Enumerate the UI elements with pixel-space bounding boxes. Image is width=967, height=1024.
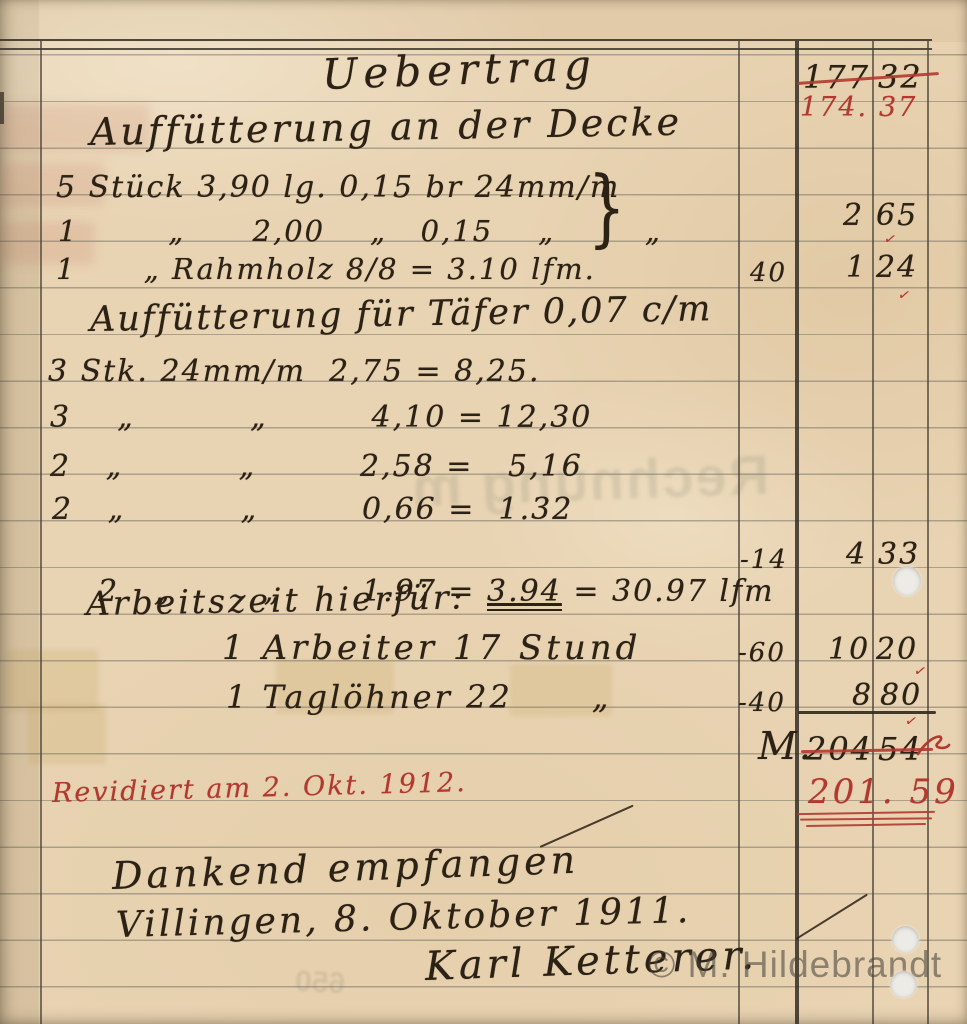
price-value: 40	[750, 258, 787, 288]
carryover-new-mark: 174.	[800, 92, 868, 123]
item-line-pre: 2 „ „ 1.97 =	[98, 574, 487, 609]
pen-stroke	[540, 805, 634, 848]
carryover-new-pf: 37	[879, 92, 917, 123]
item-line: 1 Taglöhner 22 „	[226, 678, 611, 716]
item-line: 2 „ „ 2,58 = 5,16	[50, 449, 583, 484]
punch-hole	[892, 926, 919, 953]
section-heading-arbeitszeit: Arbeitszeit hierfür:	[86, 577, 466, 623]
revised-total-underline	[806, 823, 926, 827]
amount-mark: 4	[846, 537, 867, 572]
amount-pf: 24	[876, 250, 918, 285]
bleedthrough-block	[0, 104, 150, 152]
tape-stain	[28, 704, 106, 764]
red-checkmark: ✓	[882, 229, 898, 249]
bleedthrough-rechnung-text: Rechnung m	[409, 442, 770, 519]
revision-note: Revidiert am 2. Okt. 1912.	[52, 767, 468, 809]
bleedthrough-number: 650	[294, 965, 346, 1002]
amount-pf: 80	[880, 678, 922, 713]
closing-thanks: Dankend empfangen	[111, 838, 580, 898]
item-line: 1 „ Rahmholz 8/8 = 3.10 lfm.	[56, 252, 596, 286]
total-old-mark: 204	[806, 730, 873, 768]
column-line-2	[795, 41, 799, 1024]
red-flourish-mark	[916, 728, 952, 762]
amount-mark: 10	[828, 632, 870, 667]
column-line-3	[872, 41, 874, 1024]
item-line: 1 Arbeiter 17 Stund	[222, 628, 641, 668]
item-line-post: = 30.97 lfm	[562, 574, 775, 609]
underlined-subtotal: 3.94	[487, 574, 562, 611]
bleedthrough-block	[0, 222, 94, 264]
item-line: 5 Stück 3,90 lg. 0,15 br 24mm/m	[56, 170, 620, 205]
margin-line-left	[40, 41, 42, 1024]
scan-edge-mark	[0, 92, 4, 124]
red-strikethrough	[797, 72, 939, 85]
amount-pf: 65	[876, 198, 918, 233]
punch-hole	[893, 566, 921, 596]
table-top-border	[0, 39, 932, 50]
bleedthrough-block	[0, 162, 104, 206]
grouping-brace: }	[588, 158, 625, 256]
tape-stain	[276, 660, 394, 714]
tape-stain	[6, 650, 98, 712]
sum-underline	[798, 711, 936, 714]
price-value: -14	[740, 545, 788, 575]
amount-pf: 20	[876, 632, 918, 667]
amount-mark: 8	[852, 678, 873, 713]
watermark-text: © M. Hildebrandt	[648, 944, 942, 986]
signature: Karl Ketterer.	[424, 932, 758, 990]
item-line: 3 „ „ 4,10 = 12,30	[50, 400, 592, 435]
amount-pf: 33	[878, 537, 920, 572]
total-currency: M.	[758, 724, 813, 768]
column-line-4	[927, 41, 929, 1024]
carryover-old-pf: 32	[878, 58, 923, 96]
red-checkmark: ✓	[912, 661, 928, 681]
item-line: 1 „ 2,00 „ 0,15 „ „	[58, 214, 662, 248]
total-revised: 201. 59	[808, 772, 959, 812]
red-strikethrough	[801, 748, 933, 753]
item-line: 3 Stk. 24mm/m 2,75 = 8,25.	[48, 354, 541, 389]
revised-total-underline	[797, 811, 935, 816]
carryover-label: Uebertrag	[321, 40, 597, 99]
amount-mark: 1	[846, 250, 867, 285]
pen-stroke	[796, 894, 868, 940]
carryover-old-mark: 177	[803, 58, 870, 96]
closing-place-date: Villingen, 8. Oktober 1911.	[115, 890, 691, 946]
item-line: 2 „ „ 0,66 = 1.32	[52, 492, 573, 527]
price-value: -60	[738, 638, 786, 668]
item-line: 2 „ „ 1.97 = 3.94 = 30.97 lfm	[52, 539, 775, 644]
price-value: -40	[738, 688, 786, 718]
tape-stain	[510, 664, 612, 716]
section-heading-taefer: Auffütterung für Täfer 0,07 c/m	[90, 289, 713, 340]
section-heading-decke: Auffütterung an der Decke	[90, 100, 683, 154]
punch-hole	[890, 971, 917, 998]
red-checkmark: ✓	[903, 711, 919, 731]
ledger-page: Rechnung m 650 Uebertrag 177 32 174. 37 …	[0, 0, 967, 1024]
column-line-1	[738, 41, 740, 1024]
revised-total-underline	[800, 817, 932, 820]
red-checkmark: ✓	[896, 285, 912, 305]
amount-mark: 2	[843, 198, 864, 233]
total-old-pf: 54	[878, 730, 923, 768]
ruled-lines	[0, 9, 967, 1024]
